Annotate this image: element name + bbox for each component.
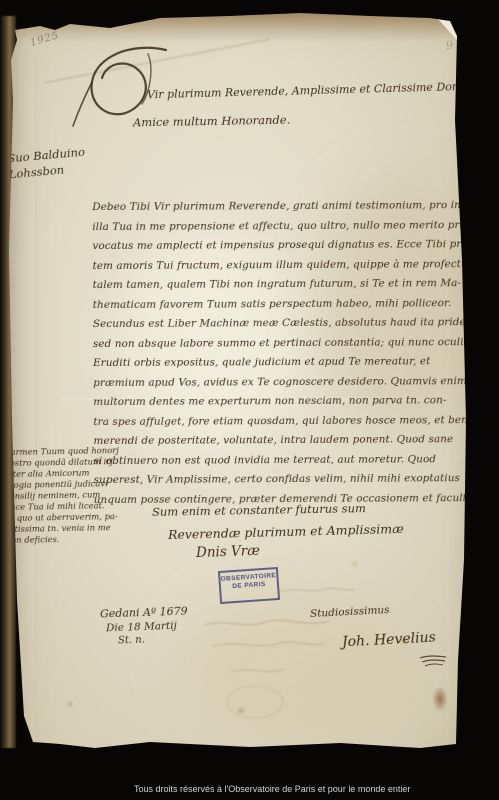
closing-line-3: Dnis Vræ bbox=[196, 543, 260, 561]
show-through-marks bbox=[185, 580, 385, 730]
body-text-line: multorum dentes me experturum non nescia… bbox=[93, 391, 497, 413]
body-text-line: Debeo Tibi Vir plurimum Reverende, grati… bbox=[92, 196, 496, 218]
body-text: Debeo Tibi Vir plurimum Reverende, grati… bbox=[92, 196, 497, 510]
closing-line-1: Sum enim et constanter futurus sum bbox=[152, 501, 366, 519]
ink-stain bbox=[66, 700, 74, 708]
address-note: Suo BalduinoLohssbon bbox=[7, 144, 87, 183]
salutation-line-1: Vir plurimum Reverende, Amplissime et Cl… bbox=[147, 80, 480, 102]
dateline-place-year: Gedani Aº 1679 bbox=[100, 604, 188, 620]
body-text-line: tem amoris Tui fructum, exiguum illum qu… bbox=[92, 254, 496, 276]
margin-note-line: non deficies. bbox=[6, 533, 121, 546]
footer-rights-notice: Tous droits réservés à l'Observatoire de… bbox=[134, 784, 410, 794]
body-text-line: Eruditi orbis expositus, quale judicium … bbox=[93, 352, 497, 374]
pencil-folio-number: 91 bbox=[445, 37, 463, 52]
body-text-line: si obtinuero non est quod invidia me ter… bbox=[94, 449, 498, 471]
body-text-line: præmium apud Vos, avidus ex Te cognoscer… bbox=[93, 371, 497, 393]
body-text-line: illa Tua in me propensione et affectu, q… bbox=[92, 215, 496, 237]
browned-top-edge bbox=[6, 12, 458, 42]
body-text-line: talem tamen, qualem Tibi non ingratum fu… bbox=[93, 274, 497, 296]
signature: Joh. Hevelius bbox=[342, 630, 437, 651]
ink-stain bbox=[432, 686, 448, 712]
signature-flourish bbox=[418, 654, 448, 668]
margin-note: Carmen Tuum quod honorjnostro quondã dil… bbox=[4, 445, 120, 546]
body-text-line: merendi de posteritate, voluntate, intra… bbox=[93, 430, 497, 452]
body-text-line: sed non absque labore summo et pertinaci… bbox=[93, 332, 497, 354]
ink-stain bbox=[350, 560, 359, 568]
body-text-line: Secundus est Liber Machinæ meæ Cælestis,… bbox=[93, 313, 497, 335]
scanned-letter-photo: 1925 91 Vir plurimum Reverende, Amplissi… bbox=[0, 0, 499, 800]
dateline-day: Die 18 Martij bbox=[106, 620, 177, 634]
body-text-line: vocatus me amplecti et impensius prosequ… bbox=[92, 235, 496, 257]
manuscript-page: 1925 91 Vir plurimum Reverende, Amplissi… bbox=[0, 0, 499, 800]
body-text-line: superest, Vir Amplissime, certo confidas… bbox=[94, 469, 498, 491]
dateline-style: St. n. bbox=[118, 635, 145, 647]
body-text-line: thematicam favorem Tuum satis perspectum… bbox=[93, 293, 497, 315]
salutation-line-2: Amice multum Honorande. bbox=[133, 113, 290, 130]
body-text-line: tra spes affulget, fore etiam quosdam, q… bbox=[93, 410, 497, 432]
closing-line-2: Reverendæ plurimum et Amplissimæ bbox=[168, 521, 404, 542]
